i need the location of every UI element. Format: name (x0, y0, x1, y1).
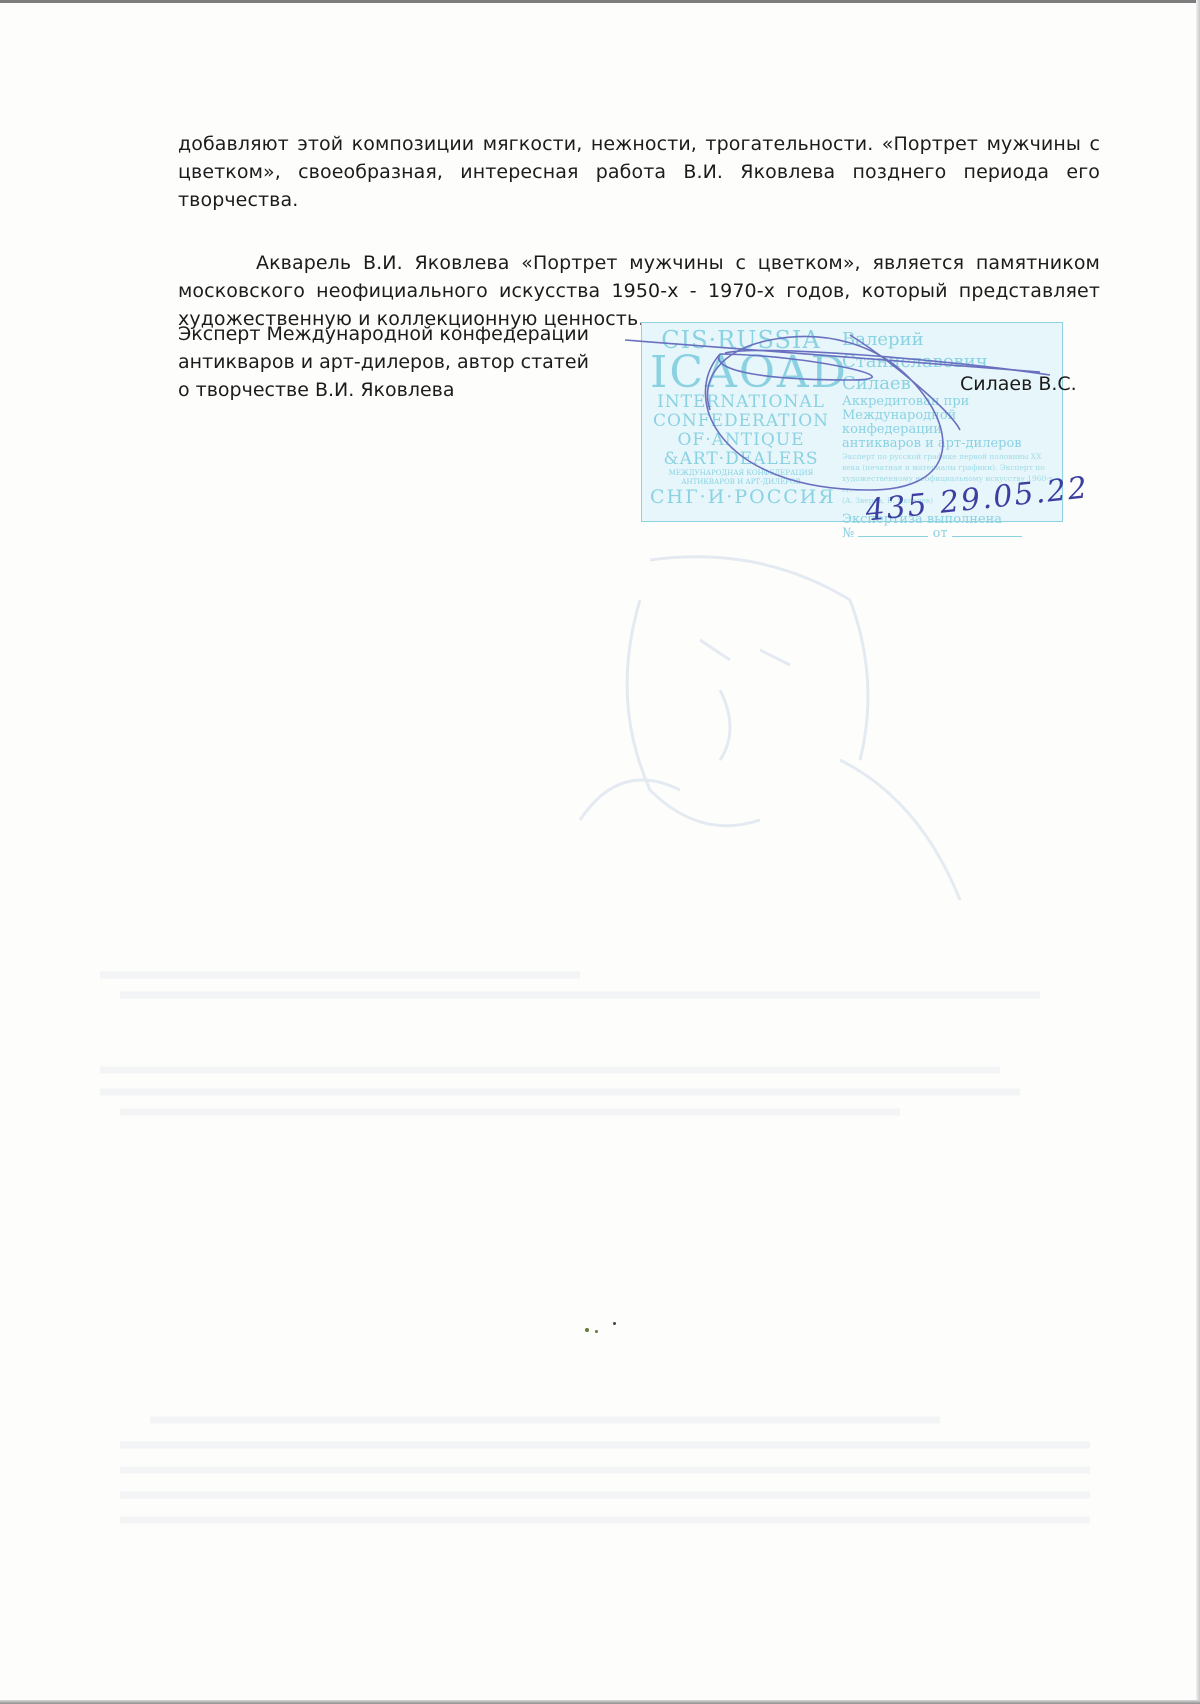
scan-edge-right (1196, 0, 1200, 1704)
paragraph-1: добавляют этой композиции мягкости, нежн… (178, 130, 1100, 214)
stamp-number-row: № от (842, 527, 1058, 541)
stamp-text: Валерий Станиславович (842, 329, 1058, 373)
expert-line: Эксперт Международной конфедерации (178, 320, 638, 348)
stamp-text: OF·ANTIQUE (650, 431, 832, 450)
expert-credentials: Эксперт Международной конфедерации антик… (178, 320, 638, 404)
stamp-logo-block: CIS·RUSSIA ICAOAD INTERNATIONAL CONFEDER… (650, 327, 832, 507)
stamp-text: от (933, 526, 948, 541)
speck (595, 1330, 598, 1333)
stamp-text: СНГ·И·РОССИЯ (650, 487, 832, 507)
scan-edge-bottom (0, 1700, 1200, 1704)
speck (613, 1322, 616, 1325)
stamp-text: INTERNATIONAL (650, 393, 832, 412)
stamp-fine-print: Эксперт по русской графике первой полови… (842, 451, 1058, 462)
stamp-text: № (842, 526, 854, 541)
stamp-text: МЕЖДУНАРОДНАЯ КОНФЕДЕРАЦИЯ (650, 469, 832, 478)
stamp-text: ICAOAD (650, 353, 832, 393)
speck (585, 1328, 589, 1332)
signatory-name: Силаев В.С. (960, 370, 1077, 398)
expert-line: о творчестве В.И. Яковлева (178, 376, 638, 404)
expert-line: антикваров и арт-дилеров, автор статей (178, 348, 638, 376)
stamp-text: Международной конфедерации (842, 409, 1058, 437)
stamp-text: CONFEDERATION (650, 412, 832, 431)
stamp-text: &ART·DEALERS (650, 450, 832, 469)
stamp-fine-print: века (печатная и материалы графики). Экс… (842, 462, 1058, 473)
stamp-text: антикваров и арт-дилеров (842, 437, 1058, 451)
scan-edge-top (0, 0, 1200, 3)
